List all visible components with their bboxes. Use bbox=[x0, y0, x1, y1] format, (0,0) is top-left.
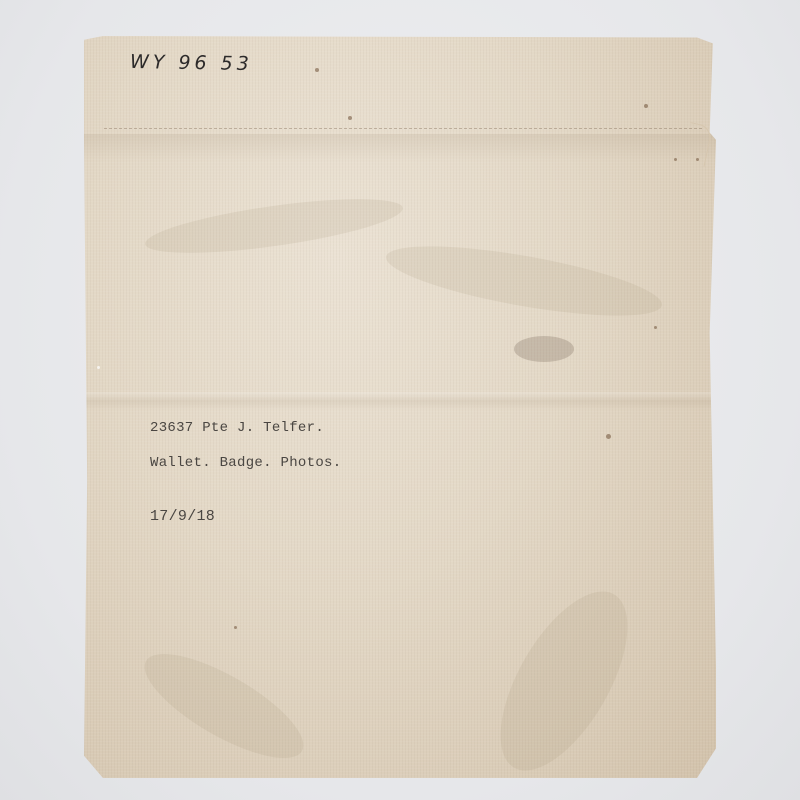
rust-spot bbox=[234, 626, 237, 629]
fabric-crease bbox=[475, 572, 653, 790]
horizontal-fold bbox=[84, 392, 716, 410]
cloth-bag bbox=[84, 36, 716, 778]
rust-spot bbox=[315, 68, 319, 72]
typed-date: 17/9/18 bbox=[150, 508, 215, 525]
rust-spot bbox=[97, 366, 100, 369]
hem-stitching bbox=[104, 128, 702, 129]
rust-spot bbox=[606, 434, 611, 439]
handwritten-reference-number: WY 96 53 bbox=[130, 51, 253, 75]
fabric-crease bbox=[142, 188, 405, 264]
fabric-crease bbox=[131, 635, 317, 777]
drawstring-gather-shadow bbox=[84, 134, 716, 162]
rust-spot bbox=[674, 158, 677, 161]
fabric-crease bbox=[514, 336, 574, 362]
rust-spot bbox=[348, 116, 352, 120]
fabric-crease bbox=[382, 232, 666, 330]
rust-spot bbox=[654, 326, 657, 329]
typed-contents-list: Wallet. Badge. Photos. bbox=[150, 455, 341, 471]
rust-spot bbox=[644, 104, 648, 108]
typed-soldier-name: 23637 Pte J. Telfer. bbox=[150, 420, 324, 436]
